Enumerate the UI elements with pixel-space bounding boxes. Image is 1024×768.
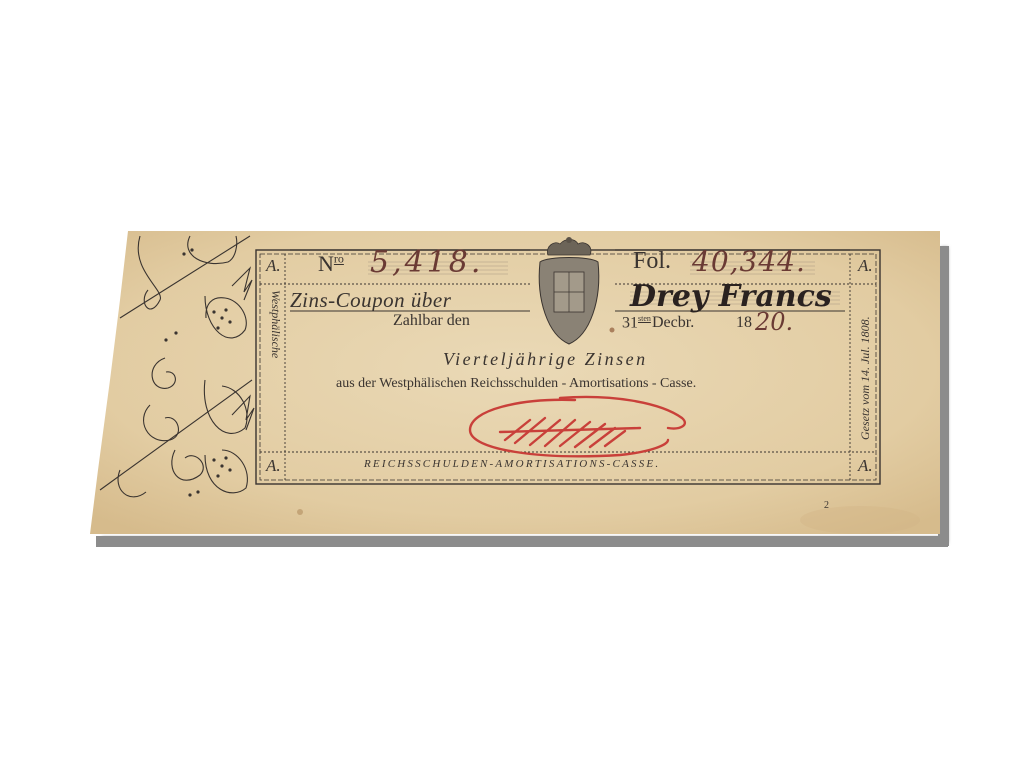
folio-label: Fol. [633,248,671,275]
interest-title: Vierteljährige Zinsen [443,349,648,370]
corner-mark-top-left: A. [266,256,281,276]
document-scan: A. A. A. A. Nro 5,418. Fol. 40,344. Zins… [0,0,1024,768]
corner-mark-bottom-left: A. [266,456,281,476]
page-number: 2 [824,500,829,511]
date-year-handwritten: 20. [755,308,793,336]
date-month: Decbr. [652,314,694,332]
payable-label: Zahlbar den [393,312,470,330]
number-label: Nro [318,251,344,277]
issuer-line: aus der Westphälischen Reichsschulden - … [336,376,696,392]
number-value: 5,418. [370,245,483,280]
left-vertical-text: Westphälische [268,290,283,358]
right-vertical-text: Gesetz vom 14. Jul. 1808. [858,316,873,440]
corner-mark-top-right: A. [858,256,873,276]
date-year-printed: 18 [736,314,752,332]
corner-mark-bottom-right: A. [858,456,873,476]
folio-value: 40,344. [692,245,806,278]
coupon-label: Zins-Coupon über [290,288,451,313]
footer-label: Reichsschulden-Amortisations-Casse. [364,458,660,470]
date-day: 31sten [622,314,651,332]
amount-value: Drey Francs [630,279,832,314]
